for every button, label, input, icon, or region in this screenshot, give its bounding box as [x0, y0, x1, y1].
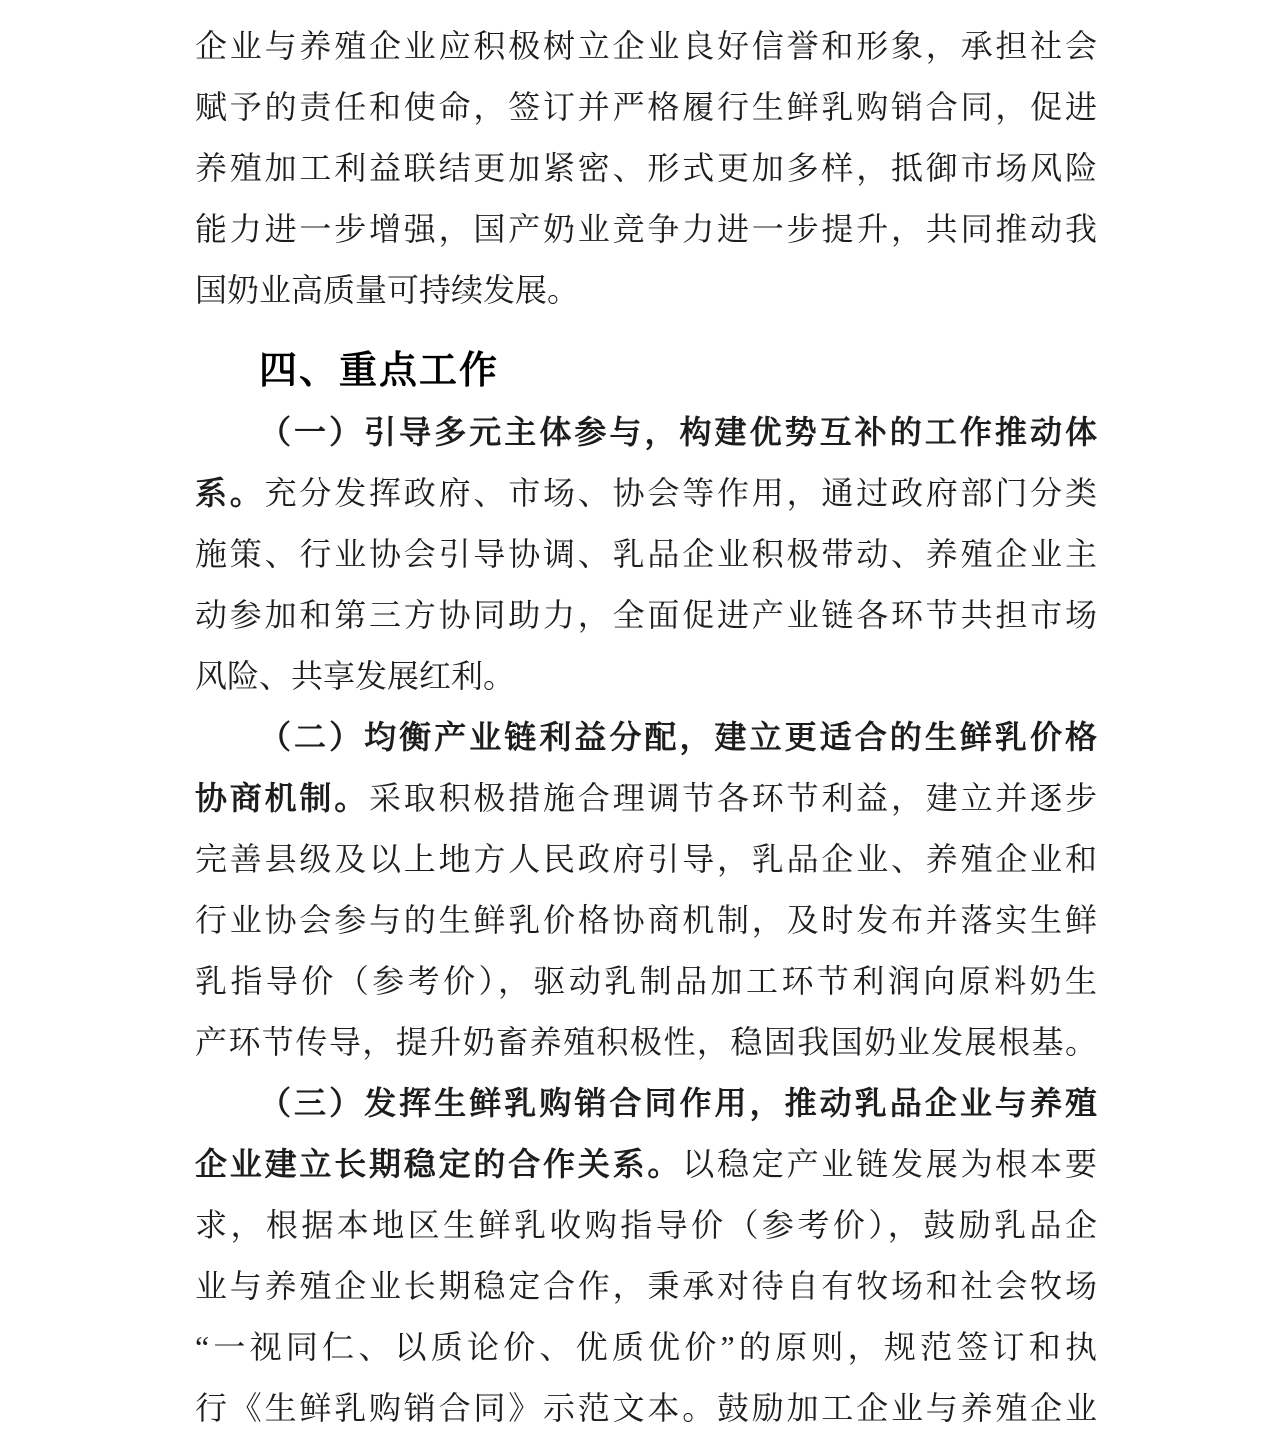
- text-line: 风险、共享发展红利。: [195, 646, 1097, 707]
- text-segment: 能力进一步增强，国产奶业竞争力进一步提升，共同推动我: [195, 211, 1097, 247]
- bold-text-segment: 协商机制。: [195, 780, 369, 816]
- bold-text-segment: 四、重点工作: [259, 350, 499, 392]
- text-segment: 行业协会参与的生鲜乳价格协商机制，及时发布并落实生鲜: [195, 902, 1097, 938]
- bold-text-segment: （二）均衡产业链利益分配，建立更适合的生鲜乳价格: [259, 719, 1097, 755]
- text-line: 企业与养殖企业应积极树立企业良好信誉和形象，承担社会: [195, 16, 1097, 77]
- text-line: 求，根据本地区生鲜乳收购指导价（参考价），鼓励乳品企: [195, 1195, 1097, 1256]
- text-segment: 业与养殖企业长期稳定合作，秉承对待自有牧场和社会牧场: [195, 1268, 1097, 1304]
- text-segment: 风险、共享发展红利。: [195, 658, 515, 694]
- text-segment: 企业与养殖企业应积极树立企业良好信誉和形象，承担社会: [195, 28, 1097, 64]
- text-segment: 动参加和第三方协同助力，全面促进产业链各环节共担市场: [195, 597, 1097, 633]
- text-line: 国奶业高质量可持续发展。: [195, 260, 1097, 321]
- text-segment: 养殖加工利益联结更加紧密、形式更加多样，抵御市场风险: [195, 150, 1097, 186]
- text-line: 完善县级及以上地方人民政府引导，乳品企业、养殖企业和: [195, 829, 1097, 890]
- document-text-block: 企业与养殖企业应积极树立企业良好信誉和形象，承担社会赋予的责任和使命，签订并严格…: [195, 16, 1097, 1439]
- section-heading: 四、重点工作: [195, 341, 1097, 402]
- text-line: 产环节传导，提升奶畜养殖积极性，稳固我国奶业发展根基。: [195, 1012, 1097, 1073]
- bold-text-segment: 企业建立长期稳定的合作关系。: [195, 1146, 682, 1182]
- bold-text-segment: （三）发挥生鲜乳购销合同作用，推动乳品企业与养殖: [259, 1085, 1097, 1121]
- text-line: 协商机制。采取积极措施合理调节各环节利益，建立并逐步: [195, 768, 1097, 829]
- text-line: 赋予的责任和使命，签订并严格履行生鲜乳购销合同，促进: [195, 77, 1097, 138]
- text-segment: 赋予的责任和使命，签订并严格履行生鲜乳购销合同，促进: [195, 89, 1097, 125]
- text-line: （一）引导多元主体参与，构建优势互补的工作推动体: [195, 402, 1097, 463]
- text-line: 施策、行业协会引导协调、乳品企业积极带动、养殖企业主: [195, 524, 1097, 585]
- text-segment: 求，根据本地区生鲜乳收购指导价（参考价），鼓励乳品企: [195, 1207, 1097, 1243]
- bold-text-segment: 系。: [195, 475, 265, 511]
- document-page: 企业与养殖企业应积极树立企业良好信誉和形象，承担社会赋予的责任和使命，签订并严格…: [0, 0, 1280, 1453]
- text-line: （二）均衡产业链利益分配，建立更适合的生鲜乳价格: [195, 707, 1097, 768]
- text-segment: 施策、行业协会引导协调、乳品企业积极带动、养殖企业主: [195, 536, 1097, 572]
- text-segment: 以稳定产业链发展为根本要: [682, 1146, 1097, 1182]
- text-line: 系。充分发挥政府、市场、协会等作用，通过政府部门分类: [195, 463, 1097, 524]
- bold-text-segment: （一）引导多元主体参与，构建优势互补的工作推动体: [259, 414, 1097, 450]
- text-line: （三）发挥生鲜乳购销合同作用，推动乳品企业与养殖: [195, 1073, 1097, 1134]
- text-segment: 完善县级及以上地方人民政府引导，乳品企业、养殖企业和: [195, 841, 1097, 877]
- text-line: 业与养殖企业长期稳定合作，秉承对待自有牧场和社会牧场: [195, 1256, 1097, 1317]
- text-segment: 乳指导价（参考价），驱动乳制品加工环节利润向原料奶生: [195, 963, 1097, 999]
- text-line: 养殖加工利益联结更加紧密、形式更加多样，抵御市场风险: [195, 138, 1097, 199]
- text-line: 乳指导价（参考价），驱动乳制品加工环节利润向原料奶生: [195, 951, 1097, 1012]
- text-line: 能力进一步增强，国产奶业竞争力进一步提升，共同推动我: [195, 199, 1097, 260]
- text-line: 企业建立长期稳定的合作关系。以稳定产业链发展为根本要: [195, 1134, 1097, 1195]
- text-segment: “一视同仁、以质论价、优质优价”的原则，规范签订和执: [195, 1329, 1097, 1365]
- text-segment: 国奶业高质量可持续发展。: [195, 272, 579, 308]
- text-segment: 充分发挥政府、市场、协会等作用，通过政府部门分类: [265, 475, 1097, 511]
- text-segment: 产环节传导，提升奶畜养殖积极性，稳固我国奶业发展根基。: [195, 1024, 1097, 1060]
- text-line: “一视同仁、以质论价、优质优价”的原则，规范签订和执: [195, 1317, 1097, 1378]
- text-line: 行业协会参与的生鲜乳价格协商机制，及时发布并落实生鲜: [195, 890, 1097, 951]
- text-segment: 采取积极措施合理调节各环节利益，建立并逐步: [369, 780, 1097, 816]
- text-line: 行《生鲜乳购销合同》示范文本。鼓励加工企业与养殖企业: [195, 1378, 1097, 1439]
- text-segment: 行《生鲜乳购销合同》示范文本。鼓励加工企业与养殖企业: [195, 1390, 1097, 1426]
- text-line: 动参加和第三方协同助力，全面促进产业链各环节共担市场: [195, 585, 1097, 646]
